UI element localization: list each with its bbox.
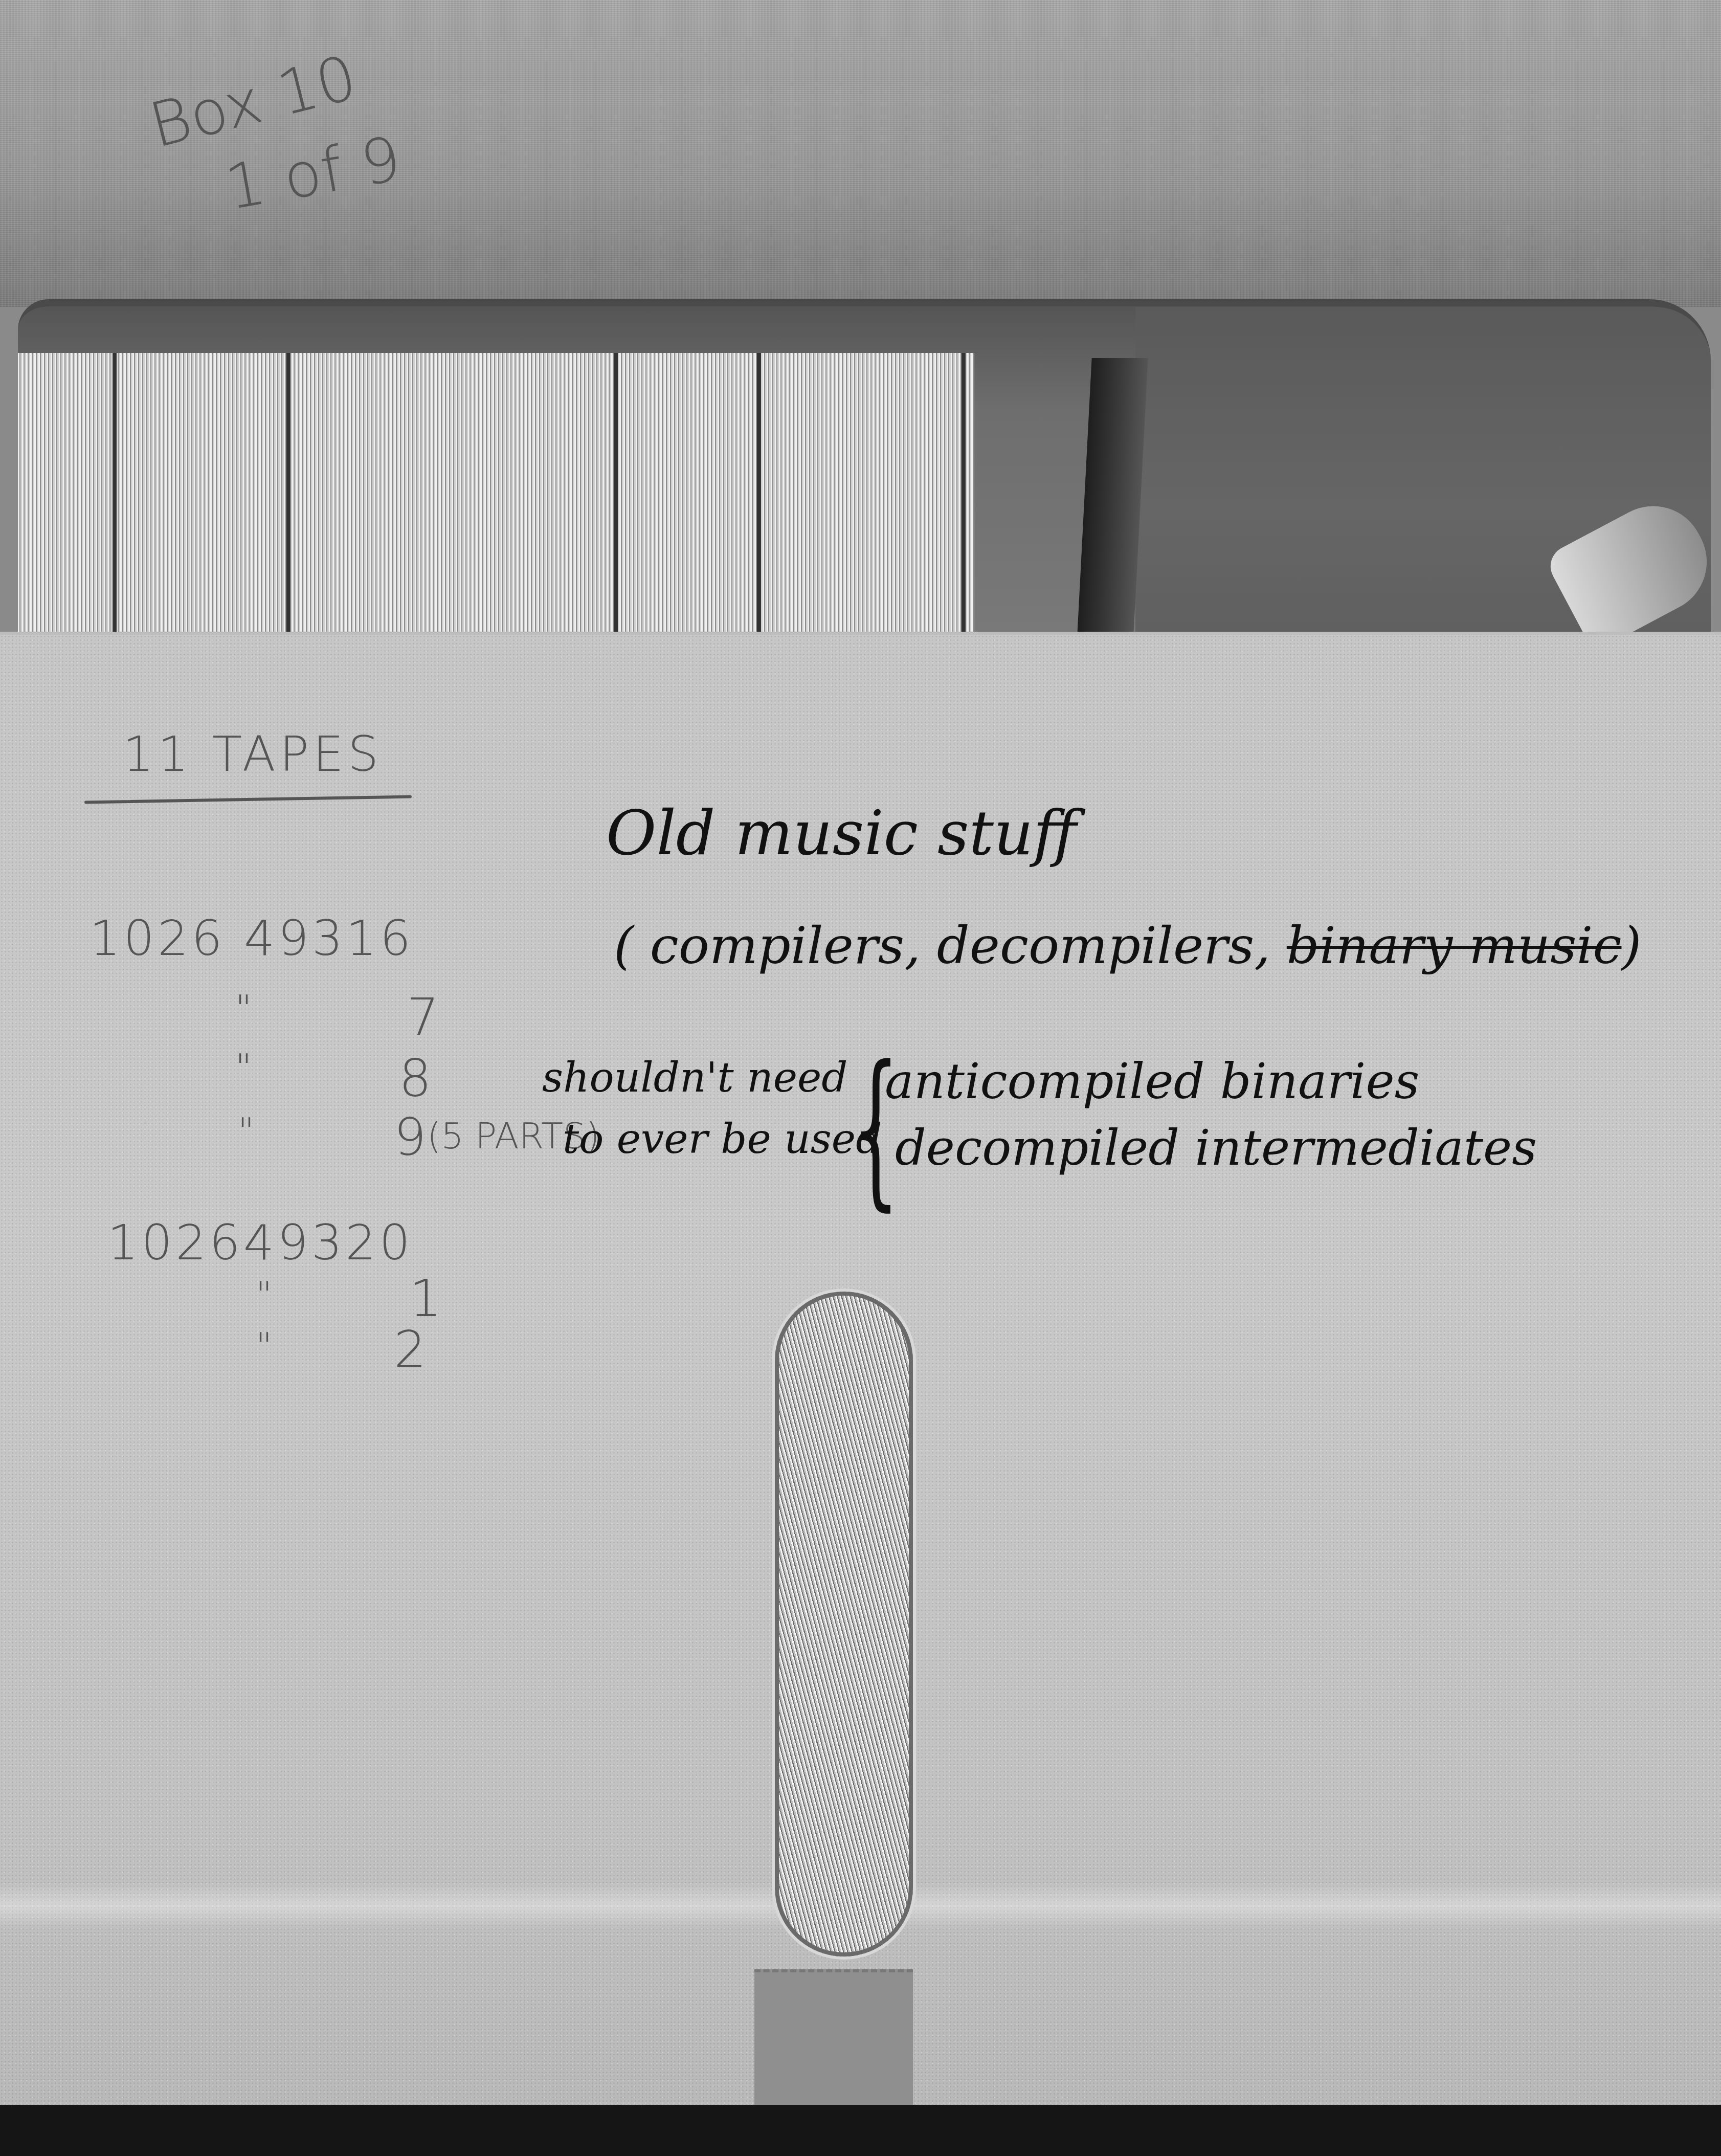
card-divider xyxy=(757,353,761,655)
tape-serial-second-group: 102649320 xyxy=(107,1215,413,1271)
tape-count-label: 11 TAPES xyxy=(123,726,383,783)
side-note-line1: shouldn't need xyxy=(542,1054,848,1101)
tape-suffix: 2 xyxy=(394,1320,427,1380)
subtitle-item-decompilers: decompilers xyxy=(937,916,1255,975)
card-divider xyxy=(614,353,618,655)
ditto-mark: " xyxy=(235,987,252,1029)
tape-suffix: 9 xyxy=(394,1107,427,1167)
tape-patch xyxy=(754,1969,913,2108)
ditto-mark: " xyxy=(256,1325,272,1367)
box-subtitle: ( compilers, decompilers, binary music) xyxy=(614,916,1641,975)
ditto-mark: " xyxy=(238,1110,254,1152)
subtitle-struck-item: binary music xyxy=(1287,916,1622,975)
side-note-line2: to ever be used xyxy=(563,1115,882,1163)
box-title: Old music stuff xyxy=(606,798,1077,869)
ditto-mark: " xyxy=(235,1046,252,1088)
card-divider xyxy=(962,353,966,655)
finger-slot-cutout xyxy=(775,1292,913,1957)
ditto-mark: " xyxy=(256,1274,272,1316)
subtitle-item-compilers: compilers xyxy=(650,916,904,975)
brace-item-anticompiled: anticompiled binaries xyxy=(885,1054,1419,1110)
card-stack xyxy=(18,353,974,655)
tape-suffix: 8 xyxy=(399,1049,432,1108)
subtitle-open-paren: ( xyxy=(614,916,634,975)
serial-suffix: 0 xyxy=(379,1215,413,1271)
card-divider xyxy=(113,353,117,655)
scan-bottom-edge xyxy=(0,2105,1721,2156)
tape-serial-first-group: 1026 49316 xyxy=(90,910,414,967)
subtitle-close-paren: ) xyxy=(1621,916,1641,975)
card-divider xyxy=(286,353,290,655)
serial-prefix: 10264932 xyxy=(107,1215,379,1271)
tape-suffix: 7 xyxy=(407,987,439,1047)
brace-item-decompiled: decompiled intermediates xyxy=(895,1120,1537,1176)
